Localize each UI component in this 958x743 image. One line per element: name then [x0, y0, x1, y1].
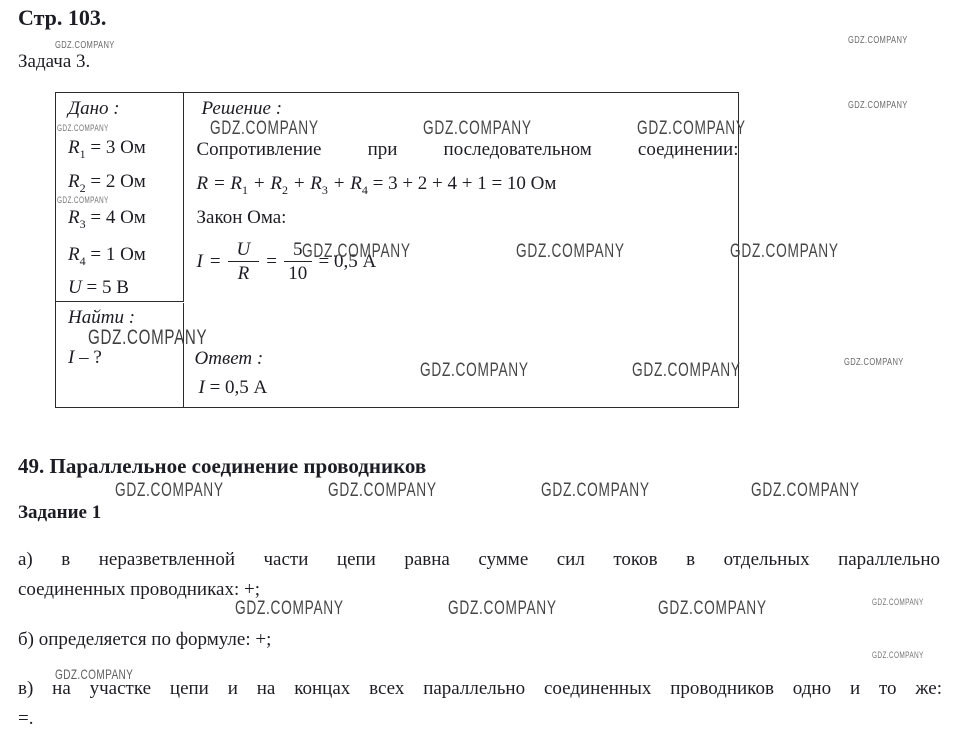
numerator: U [228, 239, 260, 262]
given-label: Дано : [68, 98, 120, 120]
eq-part: + R [248, 173, 282, 194]
item-a-line1: а) в неразветвленной части цепи равна су… [18, 545, 940, 575]
value: = 4 Ом [86, 207, 146, 228]
watermark: GDZ.COMPANY [448, 598, 557, 620]
watermark: GDZ.COMPANY [730, 241, 839, 263]
watermark: GDZ.COMPANY [516, 241, 625, 263]
var: R [68, 171, 80, 192]
eq-lhs: I [197, 251, 203, 273]
item-v: в) на участке цепи и на концах всех пара… [18, 678, 942, 700]
watermark: GDZ.COMPANY [88, 326, 207, 350]
given-row: U = 5 В [68, 277, 129, 302]
solution-label: Решение : [202, 98, 283, 120]
find-cell: Найти : I – ? [56, 303, 184, 408]
denominator: R [238, 262, 250, 284]
equals-sign: = [210, 251, 221, 273]
value: = 0,5 А [205, 377, 267, 398]
given-row: R3 = 4 Ом [68, 207, 146, 232]
section-heading: 49. Параллельное соединение проводников [18, 454, 426, 479]
watermark: GDZ.COMPANY [210, 118, 319, 140]
given-row: R1 = 3 Ом [68, 137, 146, 162]
watermark: GDZ.COMPANY [423, 118, 532, 140]
watermark: GDZ.COMPANY [844, 356, 904, 368]
value: = 3 Ом [86, 137, 146, 158]
value: = 5 В [82, 277, 129, 298]
var: R [68, 244, 80, 265]
watermark: GDZ.COMPANY [57, 195, 109, 205]
eq-result: = 3 + 2 + 4 + 1 = 10 Ом [368, 173, 557, 194]
watermark: GDZ.COMPANY [420, 360, 529, 382]
eq-part: + R [288, 173, 322, 194]
watermark: GDZ.COMPANY [328, 480, 437, 502]
watermark: GDZ.COMPANY [115, 480, 224, 502]
watermark: GDZ.COMPANY [848, 34, 908, 46]
denominator: 10 [288, 262, 307, 284]
value: = 1 Ом [86, 244, 146, 265]
watermark: GDZ.COMPANY [302, 241, 411, 263]
watermark: GDZ.COMPANY [658, 598, 767, 620]
given-row: R4 = 1 Ом [68, 244, 146, 269]
item-a: а) в неразветвленной части цепи равна су… [18, 545, 940, 605]
given-row: R2 = 2 Ом [68, 171, 146, 196]
ohm-law-label: Закон Ома: [197, 207, 287, 229]
watermark: GDZ.COMPANY [55, 666, 133, 682]
watermark: GDZ.COMPANY [848, 99, 908, 111]
var: R [68, 207, 80, 228]
answer-value: I = 0,5 А [199, 377, 268, 399]
watermark: GDZ.COMPANY [541, 480, 650, 502]
watermark: GDZ.COMPANY [637, 118, 746, 140]
item-b: б) определяется по формуле: +; [18, 629, 271, 651]
value: = 2 Ом [86, 171, 146, 192]
resistance-equation: R = R1 + R2 + R3 + R4 = 3 + 2 + 4 + 1 = … [197, 173, 557, 198]
watermark: GDZ.COMPANY [872, 650, 924, 660]
answer-label: Ответ : [195, 348, 264, 370]
watermark: GDZ.COMPANY [235, 598, 344, 620]
var: R [68, 137, 80, 158]
page-number-heading: Стр. 103. [18, 5, 106, 31]
watermark: GDZ.COMPANY [55, 39, 115, 51]
document-page: Стр. 103. Задача 3. Дано : R1 = 3 Ом R2 … [0, 0, 958, 743]
watermark: GDZ.COMPANY [57, 123, 109, 133]
watermark: GDZ.COMPANY [632, 360, 741, 382]
task-heading: Задача 3. [18, 51, 90, 73]
watermark: GDZ.COMPANY [872, 597, 924, 607]
exercise-heading: Задание 1 [18, 502, 101, 524]
var: U [68, 277, 82, 298]
watermark: GDZ.COMPANY [751, 480, 860, 502]
item-v-answer: =. [18, 708, 33, 730]
eq-part: + R [328, 173, 362, 194]
fraction-ur: UR [228, 239, 260, 285]
eq-part: R = R [197, 173, 243, 194]
series-resistance-note: Сопротивление при последовательном соеди… [197, 139, 739, 161]
equals-sign: = [266, 251, 277, 273]
